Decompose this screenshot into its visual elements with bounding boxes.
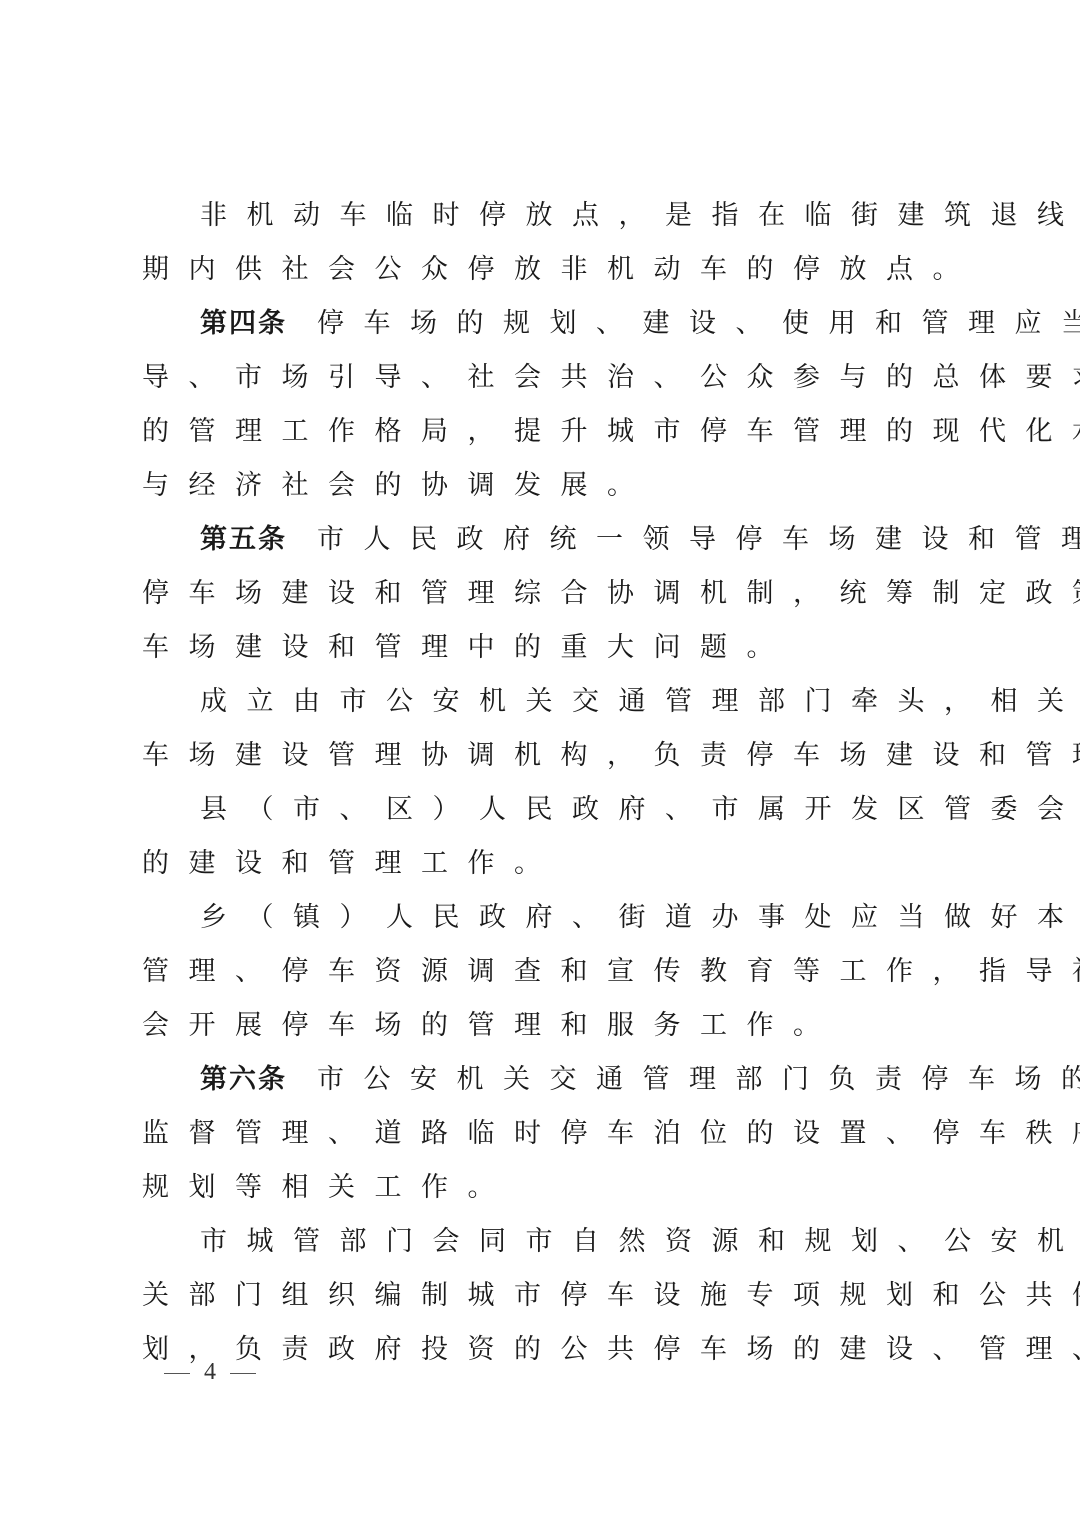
text-line: 的建设和管理工作。 xyxy=(142,844,942,884)
text-line: 规划等相关工作。 xyxy=(142,1168,942,1208)
text-line: 导、市场引导、社会共治、公众参与的总体要求，打造共建共治共享 xyxy=(142,358,942,398)
text-line: 县（市、区）人民政府、市属开发区管委会负责本区域内停车场 xyxy=(200,790,1000,830)
text-line: 监督管理、道路临时停车泊位的设置、停车秩序管理，参与停车场 xyxy=(142,1114,942,1154)
page-number: 4 xyxy=(150,1357,270,1387)
text-line: 停车场建设和管理综合协调机制，统筹制定政策措施，研究解决停 xyxy=(142,574,942,614)
text-line: 成立由市公安机关交通管理部门牵头，相关部门组成的市停 xyxy=(200,682,1000,722)
text-line: 与经济社会的协调发展。 xyxy=(142,466,942,506)
article-label: 第五条 xyxy=(200,524,287,555)
article-text: 市公安机关交通管理部门负责停车场的统筹协调和 xyxy=(317,1064,1080,1095)
text-line: 非机动车临时停放点，是指在临街建筑退线区域等施划的短 xyxy=(200,196,1000,236)
article-text: 市人民政府统一领导停车场建设和管理工作，建立 xyxy=(317,524,1080,555)
text-line: 管理、停车资源调查和宣传教育等工作，指导社区、村（居）民委员 xyxy=(142,952,942,992)
article-text: 停车场的规划、建设、使用和管理应当按照政府主 xyxy=(317,308,1080,339)
dash-decoration xyxy=(164,1373,190,1374)
text-line: 车场建设和管理中的重大问题。 xyxy=(142,628,942,668)
text-line: 期内供社会公众停放非机动车的停放点。 xyxy=(142,250,942,290)
page-number-value: 4 xyxy=(204,1359,216,1385)
text-line: 车场建设管理协调机构，负责停车场建设和管理的相关工作。 xyxy=(142,736,942,776)
text-line: 的管理工作格局，提升城市停车管理的现代化水平，促进城市交通 xyxy=(142,412,942,452)
article-label: 第四条 xyxy=(200,308,287,339)
article-4-line: 第四条停车场的规划、建设、使用和管理应当按照政府主 xyxy=(200,304,1000,344)
dash-decoration xyxy=(230,1373,256,1374)
article-6-line: 第六条市公安机关交通管理部门负责停车场的统筹协调和 xyxy=(200,1060,1000,1100)
document-page: 非机动车临时停放点，是指在临街建筑退线区域等施划的短 期内供社会公众停放非机动车… xyxy=(0,0,1080,1527)
article-5-line: 第五条市人民政府统一领导停车场建设和管理工作，建立 xyxy=(200,520,1000,560)
article-label: 第六条 xyxy=(200,1064,287,1095)
text-line: 关部门组织编制城市停车设施专项规划和公共停车场年度建设计 xyxy=(142,1276,942,1316)
text-line: 会开展停车场的管理和服务工作。 xyxy=(142,1006,942,1046)
text-line: 市城管部门会同市自然资源和规划、公安机关交通管理等相 xyxy=(200,1222,1000,1262)
text-line: 乡（镇）人民政府、街道办事处应当做好本辖区内车辆停放的 xyxy=(200,898,1000,938)
